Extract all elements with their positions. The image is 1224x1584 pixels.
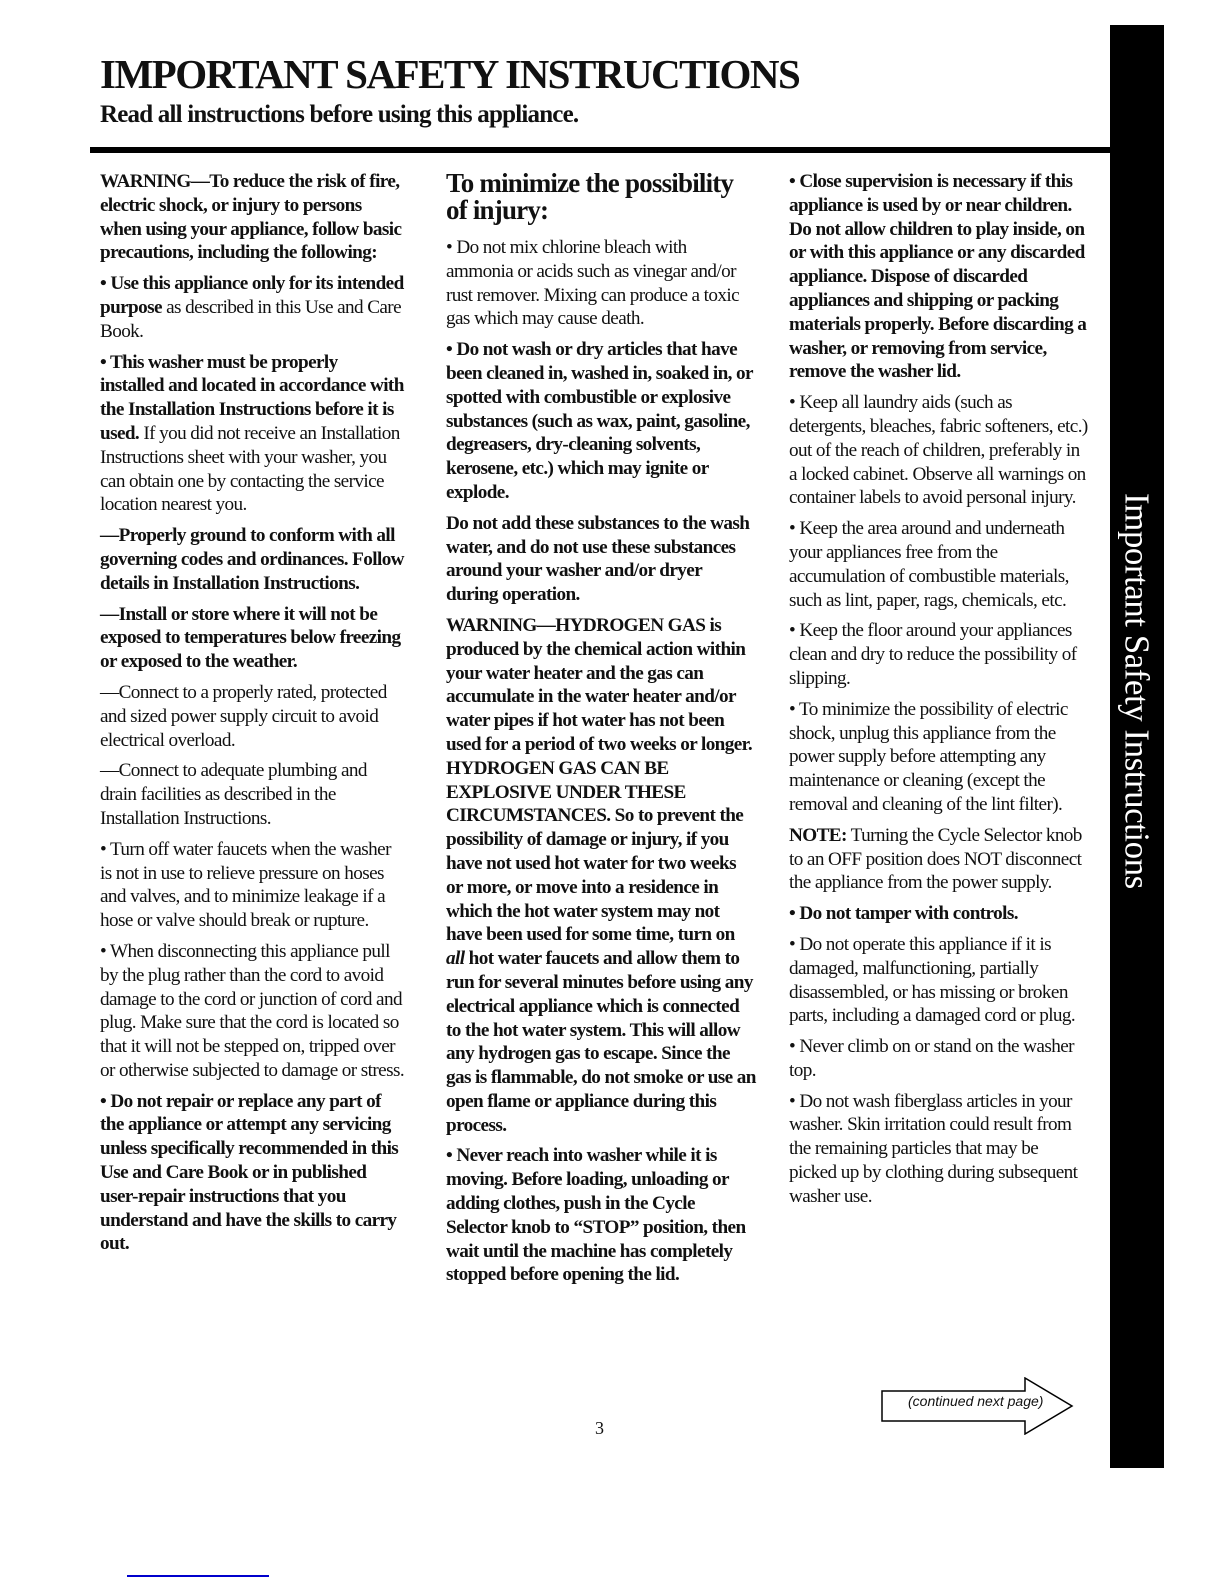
continued-next-page-arrow: (continued next page) xyxy=(880,1377,1075,1435)
column-3: • Close supervision is necessary if this… xyxy=(789,170,1089,1216)
instruction-item: • Keep the area around and underneath yo… xyxy=(789,517,1089,612)
instruction-item: • Keep the floor around your appliances … xyxy=(789,619,1089,690)
instruction-item: • Do not operate this appliance if it is… xyxy=(789,933,1089,1028)
warning-intro: WARNING—To reduce the risk of fire, elec… xyxy=(100,170,405,265)
page-number: 3 xyxy=(595,1418,604,1439)
continued-label: (continued next page) xyxy=(908,1393,1043,1409)
note: NOTE: Turning the Cycle Selector knob to… xyxy=(789,824,1089,895)
instruction-item: • Do not wash or dry articles that have … xyxy=(446,338,756,505)
instruction-item: • Turn off water faucets when the washer… xyxy=(100,838,405,933)
column-2: To minimize the possibility of injury: •… xyxy=(446,170,756,1294)
header-rule xyxy=(90,147,1110,153)
instruction-item: • Do not repair or replace any part of t… xyxy=(100,1090,405,1257)
section-heading: To minimize the possibility of injury: xyxy=(446,170,756,224)
instruction-item: —Install or store where it will not be e… xyxy=(100,603,405,674)
instruction-item: —Connect to a properly rated, protected … xyxy=(100,681,405,752)
instruction-item: • When disconnecting this appliance pull… xyxy=(100,940,405,1083)
instruction-item: • Do not mix chlorine bleach with ammoni… xyxy=(446,236,756,331)
instruction-item: • Do not wash fiberglass articles in you… xyxy=(789,1090,1089,1209)
instruction-item: • Keep all laundry aids (such as deterge… xyxy=(789,391,1089,510)
bottom-line xyxy=(127,1575,269,1577)
page-subtitle: Read all instructions before using this … xyxy=(100,101,578,129)
instruction-item: —Connect to adequate plumbing and drain … xyxy=(100,759,405,830)
column-1: WARNING—To reduce the risk of fire, elec… xyxy=(100,170,405,1263)
instruction-item: • To minimize the possibility of electri… xyxy=(789,698,1089,817)
instruction-item: • Never reach into washer while it is mo… xyxy=(446,1144,756,1287)
hydrogen-warning: WARNING—HYDROGEN GAS is produced by the … xyxy=(446,614,756,1138)
instruction-item: • Close supervision is necessary if this… xyxy=(789,170,1089,384)
instruction-item: • Do not tamper with controls. xyxy=(789,902,1089,926)
instruction-item: Do not add these substances to the wash … xyxy=(446,512,756,607)
instruction-item: • Never climb on or stand on the washer … xyxy=(789,1035,1089,1083)
instruction-item: • Use this appliance only for its intend… xyxy=(100,272,405,343)
instruction-item: —Properly ground to conform with all gov… xyxy=(100,524,405,595)
instruction-item: • This washer must be properly installed… xyxy=(100,351,405,518)
side-tab-label: Important Safety Instructions xyxy=(1120,493,1155,889)
page-title: IMPORTANT SAFETY INSTRUCTIONS xyxy=(100,52,799,97)
